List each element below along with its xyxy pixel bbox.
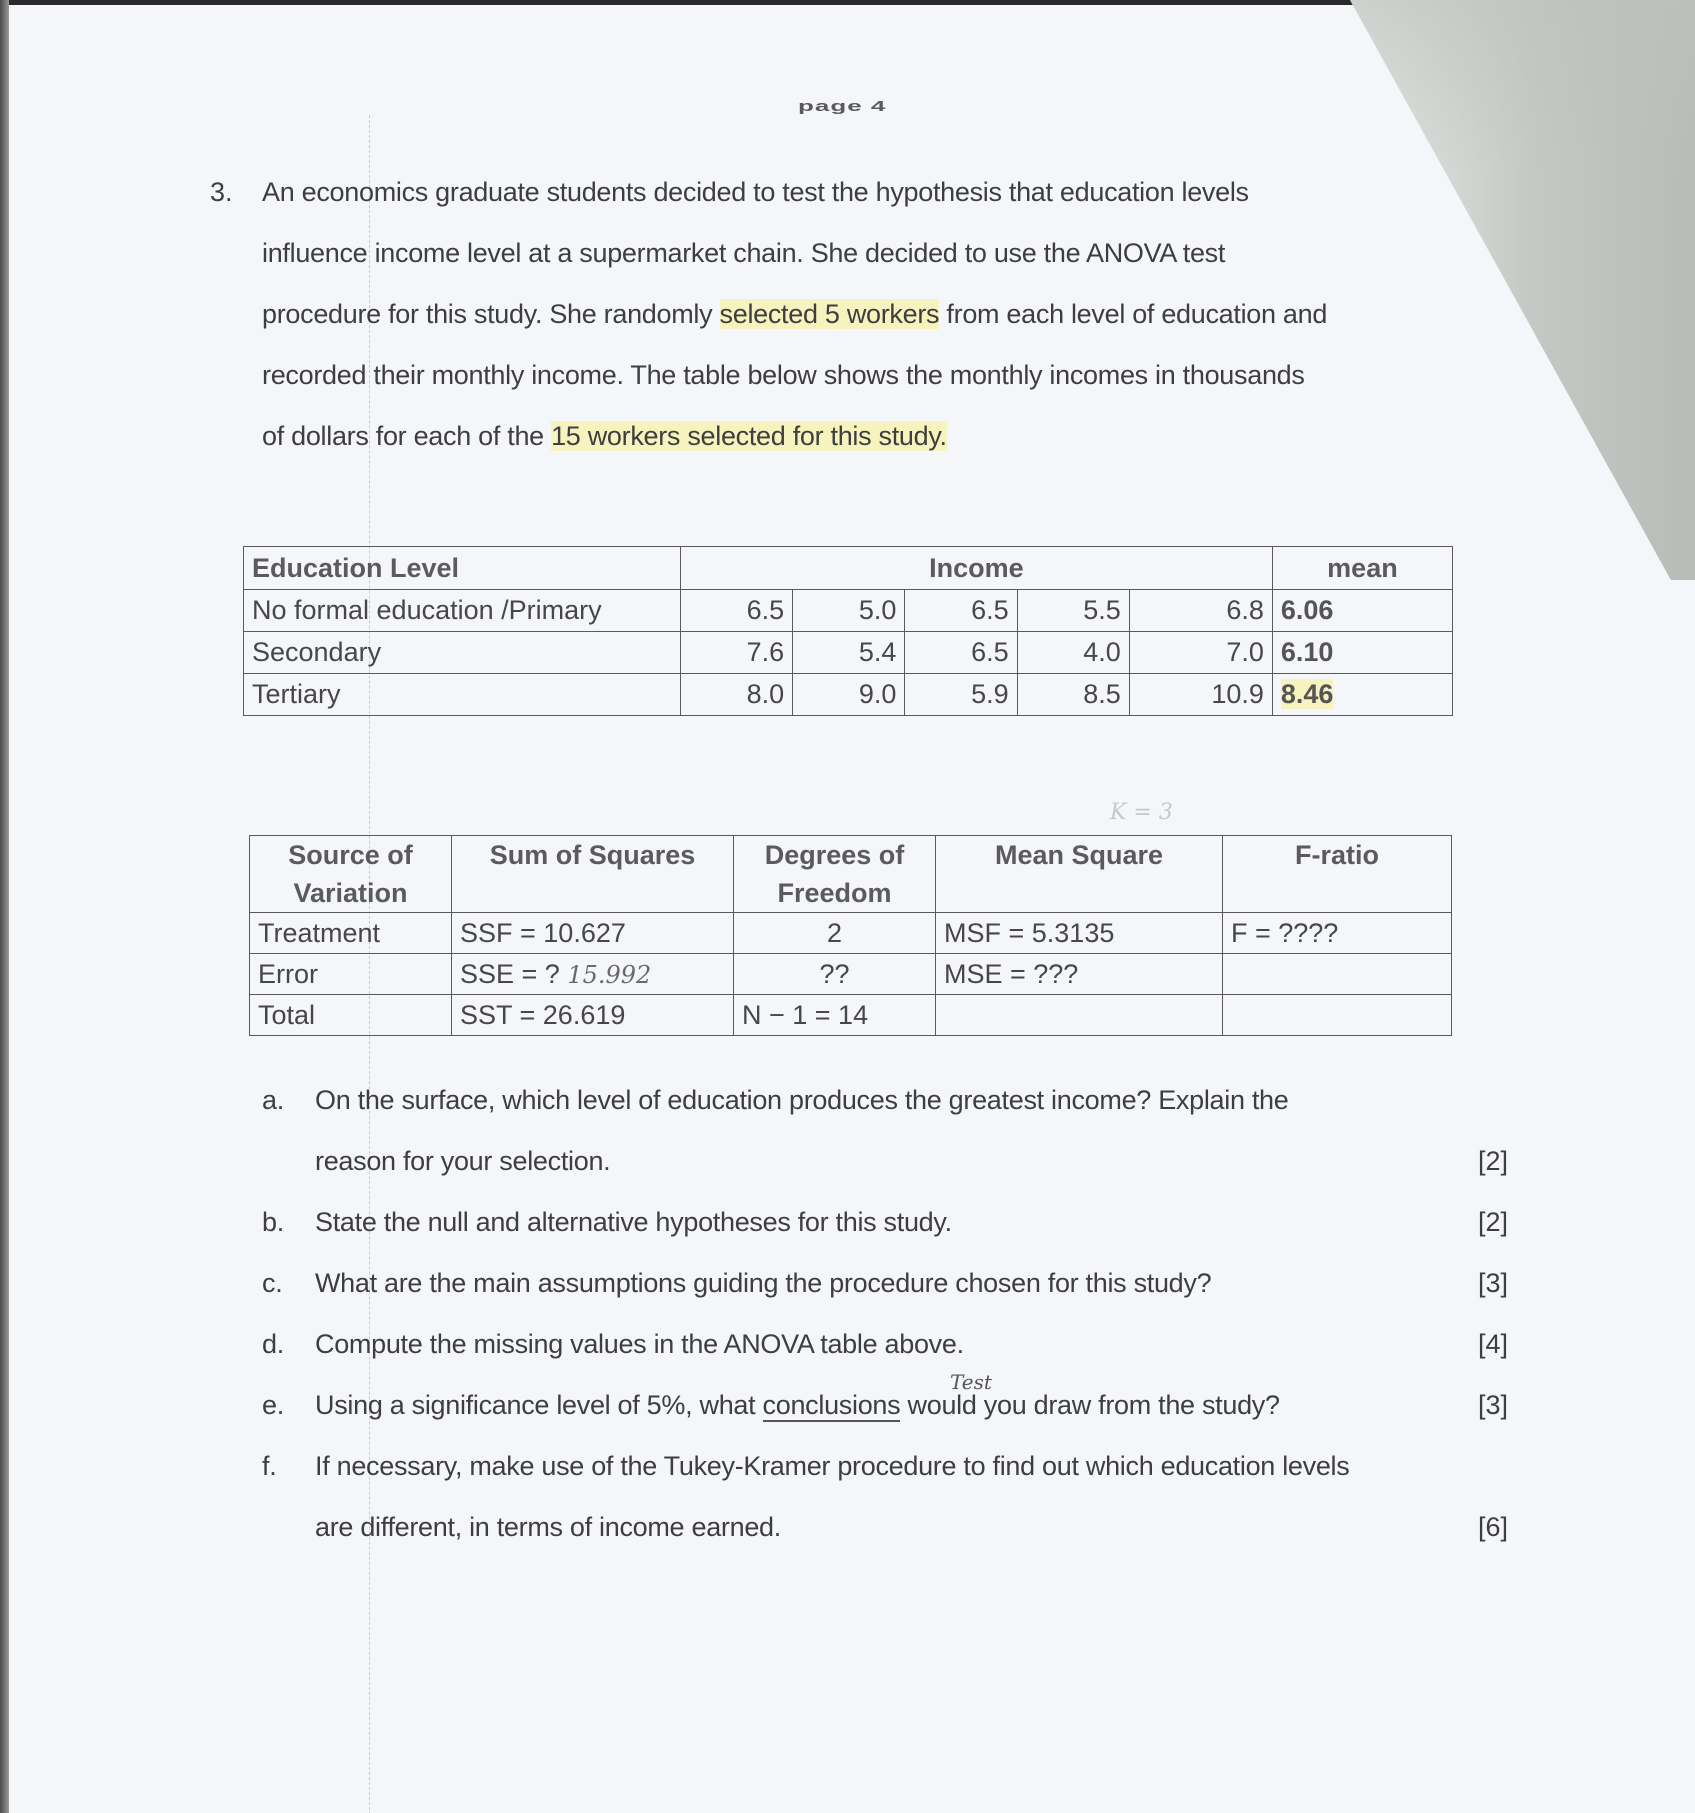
question-line: of dollars for each of the 15 workers se… [262,421,947,452]
anova-table-header: Source ofVariation Sum of Squares Degree… [250,836,1452,913]
sub-question-label: b. [262,1207,315,1238]
mean-square: MSF = 5.3135 [936,913,1223,954]
income-value: 6.5 [681,590,793,632]
income-value: 6.5 [905,590,1017,632]
sub-question-f: are different, in terms of income earned… [262,1512,781,1543]
pencil-note-k: K = 3 [1110,800,1173,825]
handwritten-note-test: Test [950,1370,992,1394]
sub-question-e: e.Using a significance level of 5%, what… [262,1390,1280,1421]
income-value: 5.0 [793,590,905,632]
education-level: Secondary [244,632,681,674]
anova-row: ErrorSSE = ? 15.992??MSE = ??? [250,954,1452,995]
income-value: 5.9 [905,674,1017,716]
marks: [2] [1478,1207,1508,1238]
scan-left-edge [0,0,9,1813]
header-degrees-of-freedom: Degrees ofFreedom [734,836,936,913]
mean-value: 6.06 [1272,590,1452,632]
question-line: recorded their monthly income. The table… [262,360,1305,391]
income-value: 9.0 [793,674,905,716]
income-value: 4.0 [1017,632,1129,674]
header-mean-square: Mean Square [936,836,1223,913]
anova-row: TreatmentSSF = 10.6272MSF = 5.3135F = ??… [250,913,1452,954]
marks: [3] [1478,1390,1508,1421]
handwritten-answer: 15.992 [567,961,651,989]
header-mean: mean [1272,547,1452,590]
sum-of-squares: SSF = 10.627 [452,913,734,954]
income-row: Tertiary8.09.05.98.510.98.46 [244,674,1453,716]
sub-question-d: d.Compute the missing values in the ANOV… [262,1329,964,1360]
f-ratio [1223,995,1452,1036]
income-row: No formal education /Primary6.55.06.55.5… [244,590,1453,632]
income-value: 10.9 [1129,674,1272,716]
sub-question-c: c.What are the main assumptions guiding … [262,1268,1211,1299]
sub-question-a: a.On the surface, which level of educati… [262,1085,1289,1116]
mean-square: MSE = ??? [936,954,1223,995]
income-value: 6.5 [905,632,1017,674]
sum-of-squares: SST = 26.619 [452,995,734,1036]
source-of-variation: Error [250,954,452,995]
sub-question-label: a. [262,1085,315,1116]
question-line: influence income level at a supermarket … [262,238,1225,269]
sub-question-f: f.If necessary, make use of the Tukey-Kr… [262,1451,1349,1482]
income-value: 8.0 [681,674,793,716]
header-sum-of-squares: Sum of Squares [452,836,734,913]
income-value: 7.0 [1129,632,1272,674]
income-row: Secondary7.65.46.54.07.06.10 [244,632,1453,674]
sub-question-label: d. [262,1329,315,1360]
sum-of-squares: SSE = ? 15.992 [452,954,734,995]
education-level: No formal education /Primary [244,590,681,632]
f-ratio [1223,954,1452,995]
source-of-variation: Total [250,995,452,1036]
sub-question-a: reason for your selection. [262,1146,610,1177]
education-level: Tertiary [244,674,681,716]
header-income: Income [681,547,1273,590]
question-line: procedure for this study. She randomly s… [262,299,1327,330]
fold-shadow [1350,0,1695,580]
mean-value: 6.10 [1272,632,1452,674]
mean-square [936,995,1223,1036]
source-of-variation: Treatment [250,913,452,954]
highlighted-text: 15 workers selected for this study. [551,421,947,451]
marks: [4] [1478,1329,1508,1360]
marks: [6] [1478,1512,1508,1543]
income-value: 7.6 [681,632,793,674]
header-source: Source ofVariation [250,836,452,913]
marks: [3] [1478,1268,1508,1299]
header-education-level: Education Level [244,547,681,590]
sub-question-b: b.State the null and alternative hypothe… [262,1207,952,1238]
underlined-word: conclusions [763,1390,901,1422]
sub-question-label: e. [262,1390,315,1421]
income-table: Education Level Income mean No formal ed… [243,546,1453,716]
degrees-of-freedom: 2 [734,913,936,954]
income-value: 6.8 [1129,590,1272,632]
degrees-of-freedom: N − 1 = 14 [734,995,936,1036]
highlighted-text: selected 5 workers [720,299,940,329]
income-table-header: Education Level Income mean [244,547,1453,590]
anova-row: TotalSST = 26.619N − 1 = 14 [250,995,1452,1036]
page-label: page 4 [798,98,886,115]
mean-value: 8.46 [1272,674,1452,716]
sub-question-label: c. [262,1268,315,1299]
degrees-of-freedom: ?? [734,954,936,995]
income-value: 8.5 [1017,674,1129,716]
f-ratio: F = ???? [1223,913,1452,954]
sub-question-label: f. [262,1451,315,1482]
income-value: 5.4 [793,632,905,674]
question-line: An economics graduate students decided t… [262,177,1249,208]
anova-table: Source ofVariation Sum of Squares Degree… [249,835,1452,1036]
marks: [2] [1478,1146,1508,1177]
header-f-ratio: F-ratio [1223,836,1452,913]
income-value: 5.5 [1017,590,1129,632]
question-number: 3. [210,177,233,208]
